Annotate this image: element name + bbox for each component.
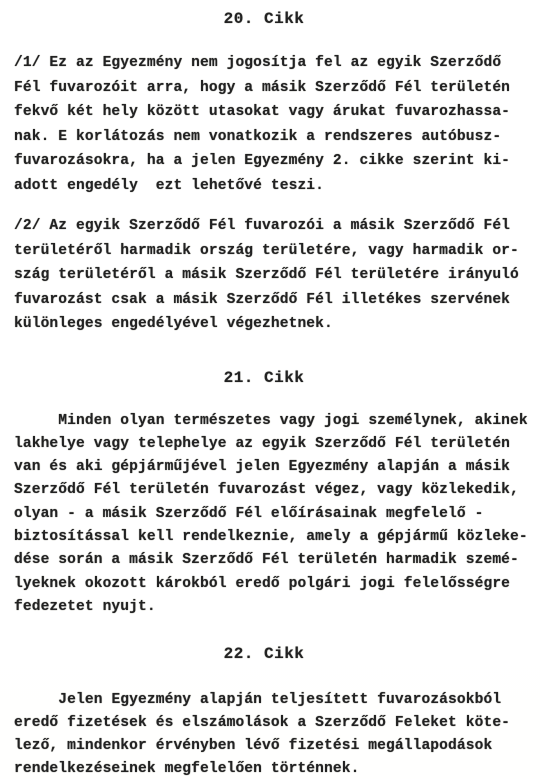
article-20-paragraph-2: /2/ Az egyik Szerződő Fél fuvarozói a má… — [14, 214, 534, 337]
article-21-paragraph: Minden olyan természetes vagy jogi szemé… — [14, 410, 534, 620]
article-20-heading: 20. Cikk — [14, 9, 514, 30]
article-21-heading: 21. Cikk — [14, 368, 514, 389]
article-22-heading: 22. Cikk — [14, 644, 514, 665]
article-20-paragraph-1: /1/ Ez az Egyezmény nem jogosítja fel az… — [14, 51, 534, 198]
article-22-paragraph: Jelen Egyezmény alapján teljesített fuva… — [14, 689, 534, 779]
scanned-document-page: 20. Cikk /1/ Ez az Egyezmény nem jogosít… — [0, 0, 540, 779]
